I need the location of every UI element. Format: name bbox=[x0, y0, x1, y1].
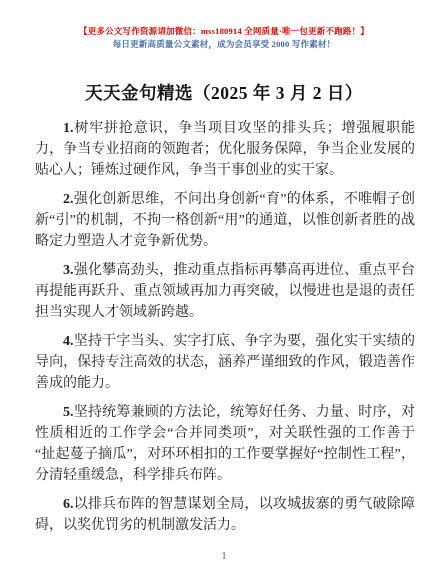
paragraph-2-text: 强化创新思维，不问出身创新“育”的体系，不唯帽子创新“引”的机制，不拘一格创新“… bbox=[35, 192, 415, 249]
paragraph-4: 4.坚持干字当头、实字打底、争字为要，强化实干实绩的导向，保持专注高效的状态，涵… bbox=[35, 331, 415, 394]
paragraph-3: 3.强化攀高劲头，推动重点指标再攀高再进位、重点平台再提能再跃升、重点领域再加力… bbox=[35, 260, 415, 323]
advertisement-line-blue: 每日更新高质量公文素材，成为会员享受 2000 写作素材！ bbox=[0, 38, 448, 51]
paragraph-3-number: 3. bbox=[63, 263, 74, 278]
paragraph-1-number: 1. bbox=[63, 121, 74, 136]
paragraph-2-number: 2. bbox=[63, 192, 74, 207]
document-body: 1.树牢拼抢意识，争当项目攻坚的排头兵；增强履职能力，争当专业招商的领跑者；优化… bbox=[35, 118, 415, 536]
paragraph-5-text: 坚持统筹兼顾的方法论，统筹好任务、力量、时序，对性质相近的工作学会“合并同类项”… bbox=[35, 405, 415, 483]
paragraph-3-text: 强化攀高劲头，推动重点指标再攀高再进位、重点平台再提能再跃升、重点领域再加力再突… bbox=[35, 263, 415, 320]
paragraph-6-text: 以排兵布阵的智慧谋划全局，以攻城拔寨的勇气破除障碍，以奖优罚劣的机制激发活力。 bbox=[35, 497, 415, 533]
paragraph-6-number: 6. bbox=[63, 497, 74, 512]
document-page: 【更多公文写作资源请加微信：mss180914 全网质量·唯一包更新不跑路！】 … bbox=[0, 0, 448, 580]
advertisement-line-red: 【更多公文写作资源请加微信：mss180914 全网质量·唯一包更新不跑路！】 bbox=[0, 25, 448, 38]
paragraph-1-text: 树牢拼抢意识，争当项目攻坚的排头兵；增强履职能力，争当专业招商的领跑者；优化服务… bbox=[35, 121, 415, 178]
paragraph-6: 6.以排兵布阵的智慧谋划全局，以攻城拔寨的勇气破除障碍，以奖优罚劣的机制激发活力… bbox=[35, 494, 415, 536]
paragraph-4-text: 坚持干字当头、实字打底、争字为要，强化实干实绩的导向，保持专注高效的状态，涵养严… bbox=[35, 334, 415, 391]
paragraph-4-number: 4. bbox=[63, 334, 74, 349]
page-number: 1 bbox=[0, 551, 448, 562]
paragraph-5: 5.坚持统筹兼顾的方法论，统筹好任务、力量、时序，对性质相近的工作学会“合并同类… bbox=[35, 402, 415, 486]
paragraph-2: 2.强化创新思维，不问出身创新“育”的体系，不唯帽子创新“引”的机制，不拘一格创… bbox=[35, 189, 415, 252]
paragraph-5-number: 5. bbox=[63, 405, 74, 420]
page-title: 天天金句精选（2025 年 3 月 2 日） bbox=[0, 80, 448, 105]
paragraph-1: 1.树牢拼抢意识，争当项目攻坚的排头兵；增强履职能力，争当专业招商的领跑者；优化… bbox=[35, 118, 415, 181]
advertisement-header: 【更多公文写作资源请加微信：mss180914 全网质量·唯一包更新不跑路！】 … bbox=[0, 0, 448, 51]
